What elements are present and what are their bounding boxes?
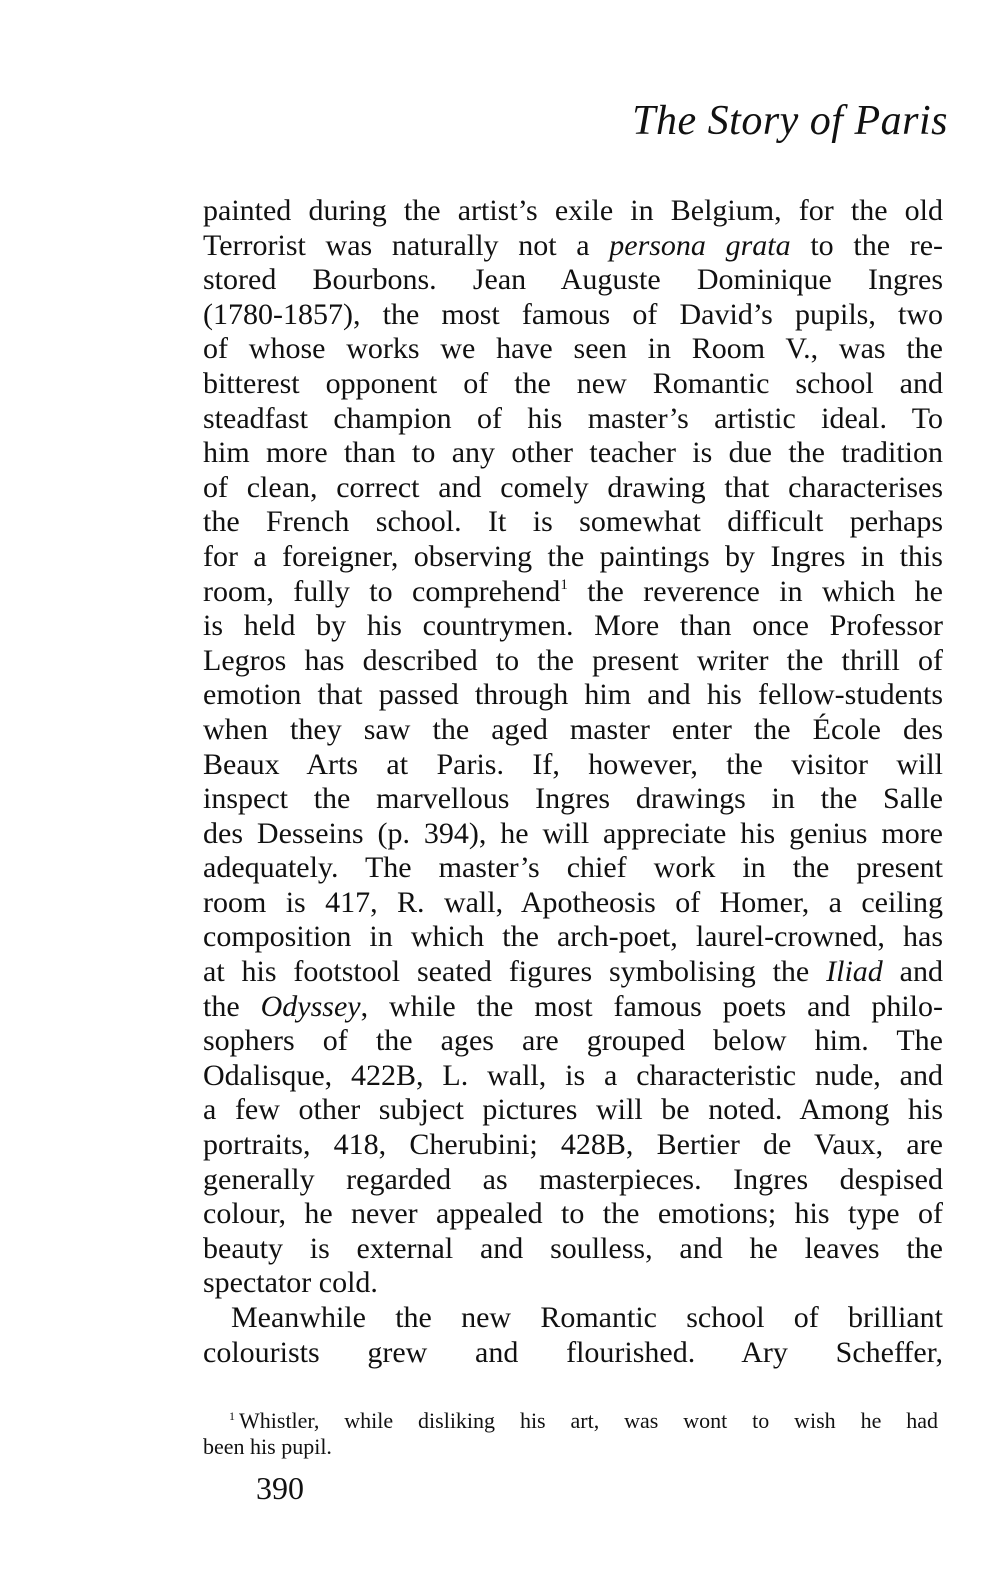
text-line: colour, he never appealed to the emotion… bbox=[203, 1197, 943, 1232]
paragraph-start-line: Meanwhile the new Romantic school of bri… bbox=[203, 1301, 943, 1336]
text-line: steadfast champion of his master’s artis… bbox=[203, 402, 943, 437]
footnote-line: been his pupil. bbox=[203, 1434, 938, 1460]
footnote-marker: 1 bbox=[229, 1409, 235, 1423]
text-line: portraits, 418, Cherubini; 428B, Bertier… bbox=[203, 1128, 943, 1163]
text-line: room, fully to comprehend1 the reverence… bbox=[203, 575, 943, 610]
text-line: Beaux Arts at Paris. If, however, the vi… bbox=[203, 748, 943, 783]
italic-title: Iliad bbox=[826, 955, 883, 988]
text-line: is held by his countrymen. More than onc… bbox=[203, 609, 943, 644]
body-text: painted during the artist’s exile in Bel… bbox=[203, 194, 943, 1370]
footnote: 1Whistler, while disliking his art, was … bbox=[203, 1408, 938, 1460]
text-line: him more than to any other teacher is du… bbox=[203, 436, 943, 471]
text-line: composition in which the arch-poet, laur… bbox=[203, 920, 943, 955]
text-line: generally regarded as masterpieces. Ingr… bbox=[203, 1163, 943, 1198]
text-line: for a foreigner, observing the paintings… bbox=[203, 540, 943, 575]
running-head: The Story of Paris bbox=[632, 100, 948, 142]
text-line: the Odyssey, while the most famous poets… bbox=[203, 990, 943, 1025]
text-line: a few other subject pictures will be not… bbox=[203, 1093, 943, 1128]
text-line: painted during the artist’s exile in Bel… bbox=[203, 194, 943, 229]
footnote-reference[interactable]: 1 bbox=[560, 577, 568, 593]
text-line: colourists grew and flourished. Ary Sche… bbox=[203, 1336, 943, 1371]
text-line: sophers of the ages are grouped below hi… bbox=[203, 1024, 943, 1059]
text-line: (1780-1857), the most famous of David’s … bbox=[203, 298, 943, 333]
text-line: of clean, correct and comely drawing tha… bbox=[203, 471, 943, 506]
text-line: beauty is external and soulless, and he … bbox=[203, 1232, 943, 1267]
text-line: Odalisque, 422B, L. wall, is a character… bbox=[203, 1059, 943, 1094]
text-line: inspect the marvellous Ingres drawings i… bbox=[203, 782, 943, 817]
italic-phrase: persona grata bbox=[609, 229, 790, 262]
text-line: adequately. The master’s chief work in t… bbox=[203, 851, 943, 886]
paragraph-end-line: spectator cold. bbox=[203, 1266, 943, 1301]
text-line: of whose works we have seen in Room V., … bbox=[203, 332, 943, 367]
text-line: room is 417, R. wall, Apotheosis of Home… bbox=[203, 886, 943, 921]
page-number: 390 bbox=[256, 1472, 304, 1504]
text-line: emotion that passed through him and his … bbox=[203, 678, 943, 713]
text-line: when they saw the aged master enter the … bbox=[203, 713, 943, 748]
text-line: stored Bourbons. Jean Auguste Dominique … bbox=[203, 263, 943, 298]
footnote-line: 1Whistler, while disliking his art, was … bbox=[203, 1408, 938, 1434]
italic-title: Odyssey bbox=[261, 990, 361, 1023]
text-line: the French school. It is somewhat diffic… bbox=[203, 505, 943, 540]
text-line: des Desseins (p. 394), he will appreciat… bbox=[203, 817, 943, 852]
text-line: at his footstool seated figures symbolis… bbox=[203, 955, 943, 990]
text-line: Legros has described to the present writ… bbox=[203, 644, 943, 679]
text-line: Terrorist was naturally not a persona gr… bbox=[203, 229, 943, 264]
text-line: bitterest opponent of the new Romantic s… bbox=[203, 367, 943, 402]
